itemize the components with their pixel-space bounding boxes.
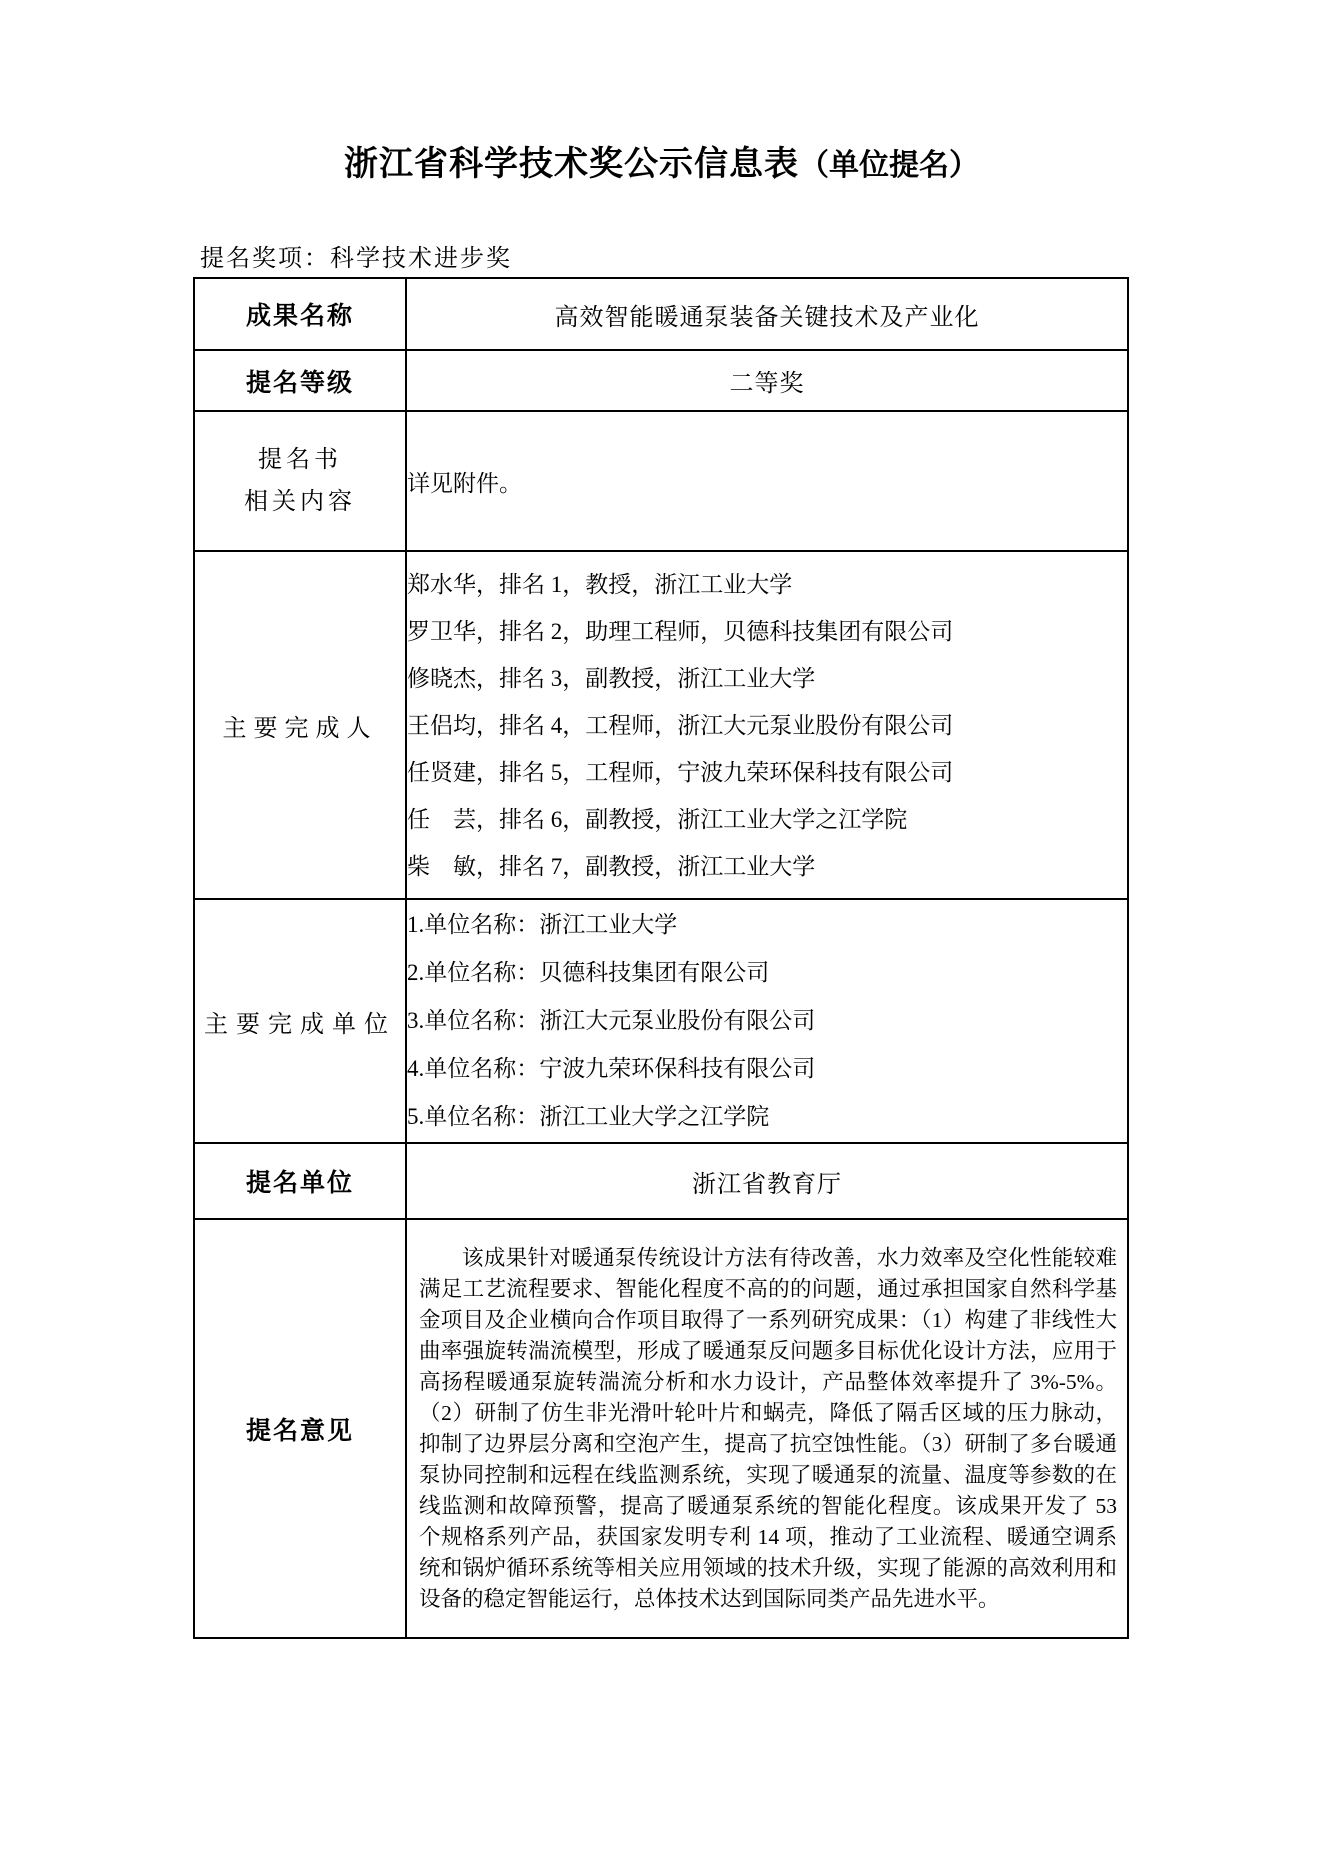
page-title: 浙江省科学技术奖公示信息表（单位提名） (0, 136, 1323, 185)
grade-label: 提名等级 (194, 350, 406, 411)
nominator-value: 浙江省教育厅 (406, 1143, 1128, 1219)
row-main-units: 主要完成单位 1.单位名称：浙江工业大学 2.单位名称：贝德科技集团有限公司 3… (194, 899, 1128, 1143)
row-main-completers: 主要完成人 郑水华，排名 1，教授，浙江工业大学 罗卫华，排名 2，助理工程师，… (194, 551, 1128, 899)
book-label: 提名书 相关内容 (194, 411, 406, 551)
units-list: 1.单位名称：浙江工业大学 2.单位名称：贝德科技集团有限公司 3.单位名称：浙… (406, 899, 1128, 1143)
achievement-value: 高效智能暖通泵装备关键技术及产业化 (406, 278, 1128, 350)
completers-list: 郑水华，排名 1，教授，浙江工业大学 罗卫华，排名 2，助理工程师，贝德科技集团… (406, 551, 1128, 899)
book-label-line2: 相关内容 (195, 481, 405, 523)
opinion-cell: 该成果针对暖通泵传统设计方法有待改善，水力效率及空化性能较难满足工艺流程要求、智… (406, 1219, 1128, 1638)
completer-item: 郑水华，排名 1，教授，浙江工业大学 (407, 561, 1127, 608)
opinion-text: 该成果针对暖通泵传统设计方法有待改善，水力效率及空化性能较难满足工艺流程要求、智… (419, 1243, 1117, 1615)
nominator-label: 提名单位 (194, 1143, 406, 1219)
row-nomination-opinion: 提名意见 该成果针对暖通泵传统设计方法有待改善，水力效率及空化性能较难满足工艺流… (194, 1219, 1128, 1638)
unit-item: 5.单位名称：浙江工业大学之江学院 (407, 1093, 1127, 1141)
row-nomination-book: 提名书 相关内容 详见附件。 (194, 411, 1128, 551)
completer-item: 任 芸，排名 6，副教授，浙江工业大学之江学院 (407, 796, 1127, 843)
unit-item: 4.单位名称：宁波九荣环保科技有限公司 (407, 1045, 1127, 1093)
unit-item: 2.单位名称：贝德科技集团有限公司 (407, 949, 1127, 997)
achievement-label: 成果名称 (194, 278, 406, 350)
units-label: 主要完成单位 (194, 899, 406, 1143)
row-nominating-unit: 提名单位 浙江省教育厅 (194, 1143, 1128, 1219)
opinion-label: 提名意见 (194, 1219, 406, 1638)
grade-value: 二等奖 (406, 350, 1128, 411)
row-grade: 提名等级 二等奖 (194, 350, 1128, 411)
completers-label: 主要完成人 (194, 551, 406, 899)
unit-item: 1.单位名称：浙江工业大学 (407, 901, 1127, 949)
row-achievement: 成果名称 高效智能暖通泵装备关键技术及产业化 (194, 278, 1128, 350)
title-main-text: 浙江省科学技术奖公示信息表 (344, 145, 799, 183)
completer-item: 王侣均，排名 4，工程师，浙江大元泵业股份有限公司 (407, 702, 1127, 749)
unit-item: 3.单位名称：浙江大元泵业股份有限公司 (407, 997, 1127, 1045)
book-label-line1: 提名书 (195, 439, 405, 481)
title-paren-text: （单位提名） (799, 149, 979, 182)
completer-item: 任贤建，排名 5，工程师，宁波九荣环保科技有限公司 (407, 749, 1127, 796)
info-table: 成果名称 高效智能暖通泵装备关键技术及产业化 提名等级 二等奖 提名书 相关内容… (193, 277, 1129, 1639)
book-value: 详见附件。 (406, 411, 1128, 551)
completer-item: 修晓杰，排名 3，副教授，浙江工业大学 (407, 655, 1127, 702)
award-category-line: 提名奖项：科学技术进步奖 (200, 238, 512, 273)
completer-item: 罗卫华，排名 2，助理工程师，贝德科技集团有限公司 (407, 608, 1127, 655)
document-page: 浙江省科学技术奖公示信息表（单位提名） 提名奖项：科学技术进步奖 成果名称 高效… (0, 0, 1323, 1871)
completer-item: 柴 敏，排名 7，副教授，浙江工业大学 (407, 843, 1127, 890)
